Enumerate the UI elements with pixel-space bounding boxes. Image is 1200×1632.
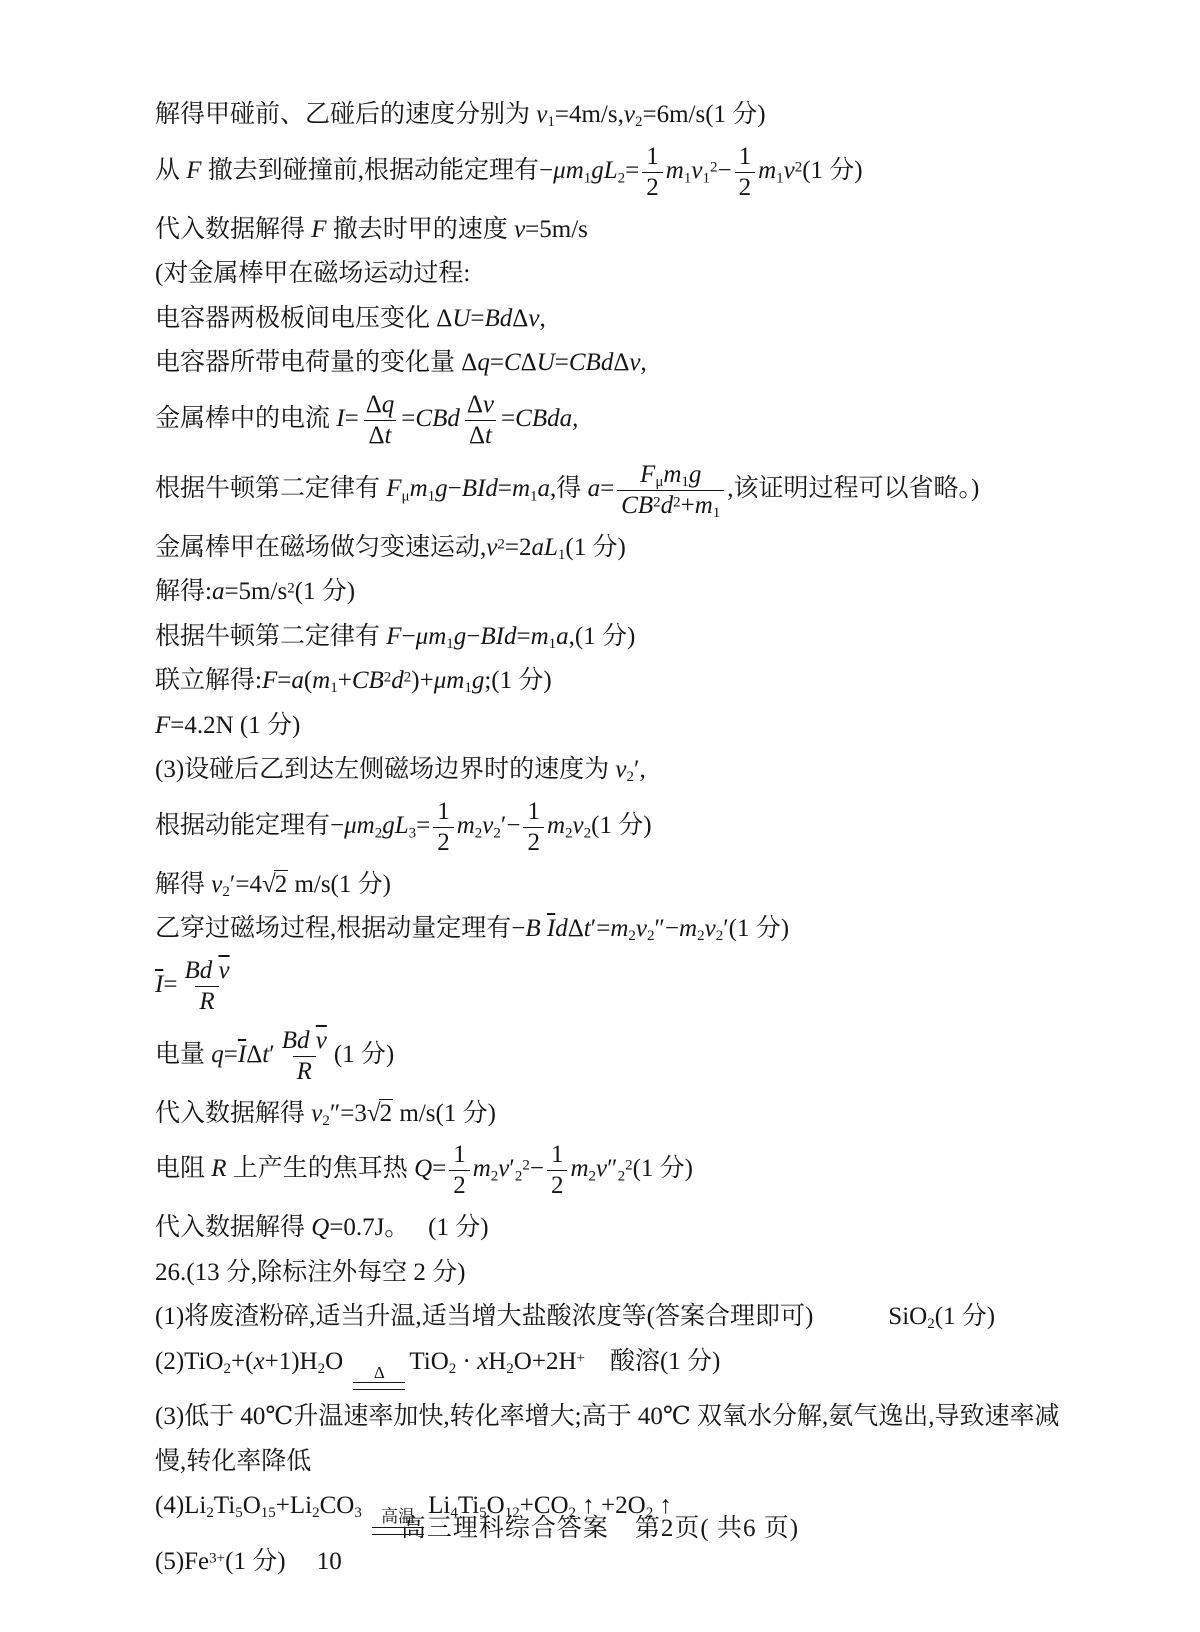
line-average-current: I=Bd vR: [155, 956, 1065, 1017]
fraction: Fμm1gCB2d2+m1: [617, 460, 724, 521]
line-solve-F-expression: 联立解得:F=a(m1+CB2d2)+μm1g;(1 分): [155, 663, 1065, 699]
line-capacitor-voltage: 电容器两极板间电压变化 ΔU=BdΔv,: [155, 301, 1065, 337]
overline: I: [547, 915, 555, 942]
fraction: Bd vR: [278, 1026, 331, 1087]
answers-content: 解得甲碰前、乙碰后的速度分别为 v1=4m/s,v2=6m/s(1 分)从 F …: [155, 88, 1065, 1588]
line-impulse-momentum: 乙穿过磁场过程,根据动量定理有−B IdΔt′=m2v2″−m2v2′(1 分): [155, 911, 1065, 947]
overline: v: [218, 957, 229, 984]
double-bar: [353, 1382, 405, 1390]
line-newton-second-proof: 根据牛顿第二定律有 Fμm1g−BId=m1a,得 a=Fμm1gCB2d2+m…: [155, 460, 1065, 521]
line-proof-open: (对金属棒甲在磁场运动过程:: [155, 256, 1065, 292]
fraction: 12: [433, 797, 454, 858]
line-26-1: (1)将废渣粉碎,适当升温,适当增大盐酸浓度等(答案合理即可) SiO2(1 分…: [155, 1299, 1065, 1335]
line-F-value: F=4.2N (1 分): [155, 708, 1065, 744]
line-work-energy-L2: 从 F 撤去到碰撞前,根据动能定理有−μm1gL2=12m1v12−12m1v2…: [155, 142, 1065, 203]
fraction: 12: [523, 797, 544, 858]
fraction: ΔqΔt: [362, 390, 399, 451]
fraction: 12: [547, 1140, 568, 1201]
line-26-3a: (3)低于 40℃升温速率加快,转化率增大;高于 40℃ 双氧水分解,氨气逸出,…: [155, 1399, 1065, 1435]
line-capacitor-charge: 电容器所带电荷量的变化量 Δq=CΔU=CBdΔv,: [155, 345, 1065, 381]
sqrt-radical: √2: [262, 871, 288, 898]
question-26-header: 26.(13 分,除标注外每空 2 分): [155, 1255, 1065, 1291]
overline: I: [238, 1041, 246, 1068]
page: { "page": { "background": "#ffffff", "in…: [0, 0, 1200, 1632]
line-solve-v1-v2: 解得甲碰前、乙碰后的速度分别为 v1=4m/s,v2=6m/s(1 分): [155, 97, 1065, 133]
overline: v: [316, 1027, 327, 1054]
line-26-2-reaction: (2)TiO2+(x+1)H2O ΔTiO2 · xH2O+2H+ 酸溶(1 分…: [155, 1344, 1065, 1391]
line-work-energy-L3: 根据动能定理有−μm2gL3=12m2v2′−12m2v2(1 分): [155, 797, 1065, 858]
fraction: 12: [449, 1140, 470, 1201]
line-solve-a: 解得:a=5m/s2(1 分): [155, 574, 1065, 610]
line-26-5: (5)Fe3+(1 分) 10: [155, 1544, 1065, 1580]
line-rod-current: 金属棒中的电流 I=ΔqΔt=CBdΔvΔt=CBda,: [155, 390, 1065, 451]
page-footer: 高三理科综合答案 第2页( 共6 页): [0, 1508, 1200, 1544]
fraction: ΔvΔt: [463, 390, 498, 451]
reaction-condition-arrow: Δ: [353, 1363, 405, 1391]
sqrt-radical: √2: [367, 1100, 393, 1127]
fraction: 12: [642, 142, 663, 203]
line-part3-setup: (3)设碰后乙到达左侧磁场边界时的速度为 v2′,: [155, 752, 1065, 788]
line-charge: 电量 q=IΔt′Bd vR(1 分): [155, 1026, 1065, 1087]
line-uniform-acceleration: 金属棒甲在磁场做匀变速运动,v2=2aL1(1 分): [155, 530, 1065, 566]
line-26-3b: 慢,转化率降低: [155, 1444, 1065, 1480]
fraction: Bd vR: [180, 956, 233, 1017]
line-newton-second: 根据牛顿第二定律有 F−μm1g−BId=m1a,(1 分): [155, 619, 1065, 655]
line-solve-v2-double-prime: 代入数据解得 v2″=3√2 m/s(1 分): [155, 1096, 1065, 1132]
line-v-at-release: 代入数据解得 F 撤去时甲的速度 v=5m/s: [155, 212, 1065, 248]
fraction: 12: [735, 142, 756, 203]
line-joule-heat: 电阻 R 上产生的焦耳热 Q=12m2v′22−12m2v″22(1 分): [155, 1140, 1065, 1201]
line-solve-v2-prime: 解得 v2′=4√2 m/s(1 分): [155, 867, 1065, 903]
line-Q-value: 代入数据解得 Q=0.7J。 (1 分): [155, 1210, 1065, 1246]
